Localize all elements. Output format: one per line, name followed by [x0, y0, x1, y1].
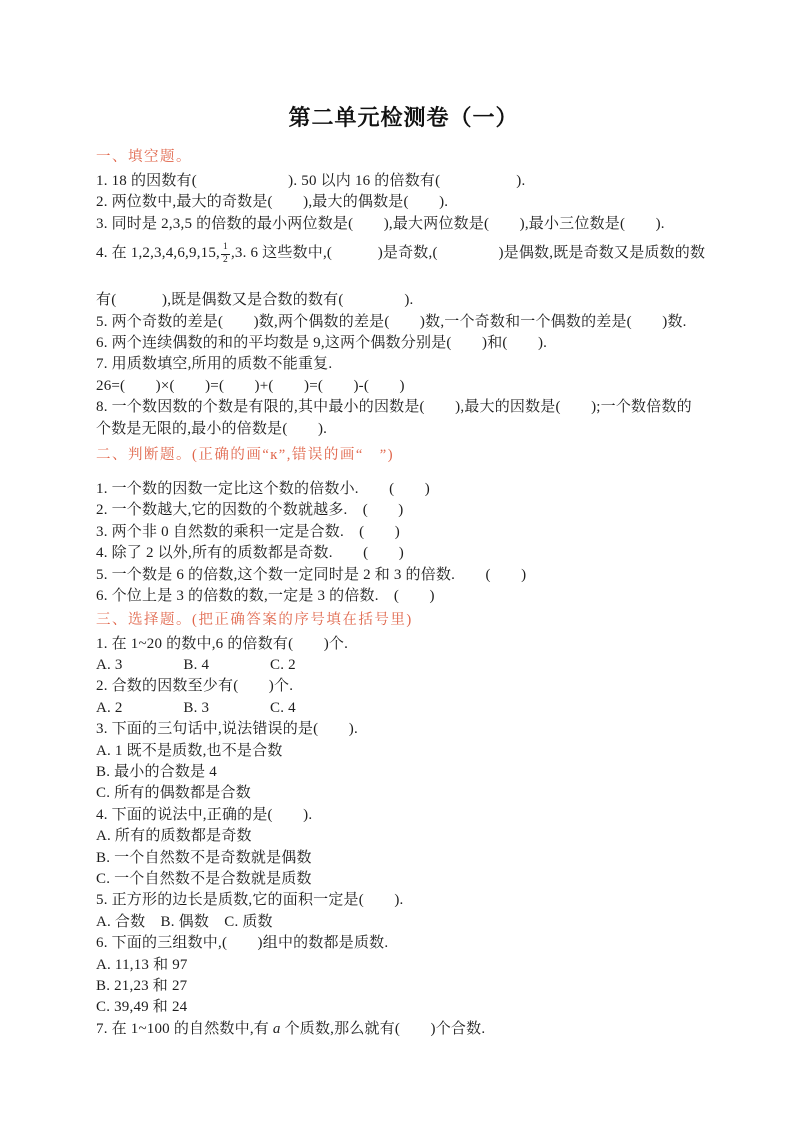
question-line: B. 一个自然数不是奇数就是偶数	[96, 848, 711, 869]
text-segment: 4. 在 1,2,3,4,6,9,15,	[96, 245, 220, 261]
question-line: 2. 合数的因数至少有( )个.	[96, 676, 711, 697]
text-segment: 5. 一个数是 6 的倍数,这个数一定同时是 2 和 3 的倍数. ( )	[96, 567, 526, 583]
text-segment: 6. 下面的三组数中,( )组中的数都是质数.	[96, 935, 388, 951]
text-segment: A. 合数 B. 偶数 C. 质数	[96, 914, 273, 930]
question-line: A. 3 B. 4 C. 2	[96, 655, 711, 676]
question-line: 1. 一个数的因数一定比这个数的倍数小. ( )	[96, 479, 711, 500]
question-line: 5. 正方形的边长是质数,它的面积一定是( ).	[96, 890, 711, 911]
variable-letter: a	[273, 1021, 281, 1037]
text-segment: B. 21,23 和 27	[96, 978, 187, 994]
question-line: 6. 两个连续偶数的和的平均数是 9,这两个偶数分别是( )和( ).	[96, 333, 711, 354]
text-segment: A. 11,13 和 97	[96, 957, 188, 973]
question-line: 2. 两位数中,最大的奇数是( ),最大的偶数是( ).	[96, 192, 711, 213]
text-segment: 1. 一个数的因数一定比这个数的倍数小. ( )	[96, 481, 430, 497]
text-segment: 3. 同时是 2,3,5 的倍数的最小两位数是( ),最大两位数是( ),最小三…	[96, 216, 665, 232]
question-line: 1. 在 1~20 的数中,6 的倍数有( )个.	[96, 634, 711, 655]
text-segment: 26=( )×( )=( )+( )=( )-( )	[96, 378, 405, 394]
question-line: A. 所有的质数都是奇数	[96, 826, 711, 847]
worksheet-page: 第二单元检测卷（一） 一、填空题。1. 18 的因数有( ). 50 以内 16…	[0, 0, 793, 1122]
text-segment: A. 2 B. 3 C. 4	[96, 700, 296, 716]
question-line: 4. 下面的说法中,正确的是( ).	[96, 805, 711, 826]
section-heading-fill-in-the-blanks: 一、填空题。	[96, 147, 711, 168]
sections-container: 一、填空题。1. 18 的因数有( ). 50 以内 16 的倍数有( ).2.…	[96, 147, 711, 1040]
text-segment: 4. 下面的说法中,正确的是( ).	[96, 807, 312, 823]
text-segment: B. 一个自然数不是奇数就是偶数	[96, 850, 312, 866]
section-multiple-choice: 三、选择题。(把正确答案的序号填在括号里)1. 在 1~20 的数中,6 的倍数…	[96, 610, 711, 1041]
question-line: 3. 两个非 0 自然数的乘积一定是合数. ( )	[96, 522, 711, 543]
text-segment: 5. 两个奇数的差是( )数,两个偶数的差是( )数,一个奇数和一个偶数的差是(…	[96, 314, 687, 330]
text-segment: 7. 在 1~100 的自然数中,有	[96, 1021, 273, 1037]
question-line: A. 2 B. 3 C. 4	[96, 698, 711, 719]
question-line: 5. 两个奇数的差是( )数,两个偶数的差是( )数,一个奇数和一个偶数的差是(…	[96, 312, 711, 333]
question-line: 有( ),既是偶数又是合数的数有( ).	[96, 290, 711, 311]
text-segment: 有( ),既是偶数又是合数的数有( ).	[96, 292, 413, 308]
text-segment: 3. 两个非 0 自然数的乘积一定是合数. ( )	[96, 524, 400, 540]
question-line: 3. 下面的三句话中,说法错误的是( ).	[96, 719, 711, 740]
question-line: 1. 18 的因数有( ). 50 以内 16 的倍数有( ).	[96, 171, 711, 192]
text-segment: 2. 合数的因数至少有( )个.	[96, 678, 293, 694]
text-segment: C. 所有的偶数都是合数	[96, 785, 251, 801]
question-line: 7. 在 1~100 的自然数中,有 a 个质数,那么就有( )个合数.	[96, 1019, 711, 1040]
text-segment: C. 一个自然数不是合数就是质数	[96, 871, 312, 887]
text-segment: B. 最小的合数是 4	[96, 764, 217, 780]
text-segment: 3. 下面的三句话中,说法错误的是( ).	[96, 721, 358, 737]
question-line: 4. 除了 2 以外,所有的质数都是奇数. ( )	[96, 543, 711, 564]
question-line: A. 合数 B. 偶数 C. 质数	[96, 912, 711, 933]
question-line: C. 一个自然数不是合数就是质数	[96, 869, 711, 890]
question-line: 6. 个位上是 3 的倍数的数,一定是 3 的倍数. ( )	[96, 586, 711, 607]
section-true-or-false: 二、判断题。(正确的画“к”,错误的画“ ”)1. 一个数的因数一定比这个数的倍…	[96, 445, 711, 607]
question-line: B. 最小的合数是 4	[96, 762, 711, 783]
question-line: 7. 用质数填空,所用的质数不能重复.	[96, 354, 711, 375]
question-line: 4. 在 1,2,3,4,6,9,15,12,3. 6 这些数中,( )是奇数,…	[96, 243, 711, 265]
question-line: 6. 下面的三组数中,( )组中的数都是质数.	[96, 933, 711, 954]
text-segment: 4. 除了 2 以外,所有的质数都是奇数. ( )	[96, 545, 404, 561]
question-line: C. 39,49 和 24	[96, 997, 711, 1018]
stacked-fraction: 12	[221, 243, 230, 265]
text-segment: 1. 在 1~20 的数中,6 的倍数有( )个.	[96, 636, 348, 652]
text-segment: 1. 18 的因数有( ). 50 以内 16 的倍数有( ).	[96, 173, 525, 189]
fraction-numerator: 1	[221, 243, 230, 255]
question-line: C. 所有的偶数都是合数	[96, 783, 711, 804]
section-heading-multiple-choice: 三、选择题。(把正确答案的序号填在括号里)	[96, 610, 711, 631]
text-segment: 5. 正方形的边长是质数,它的面积一定是( ).	[96, 892, 404, 908]
text-segment: 2. 两位数中,最大的奇数是( ),最大的偶数是( ).	[96, 194, 448, 210]
section-fill-in-the-blanks: 一、填空题。1. 18 的因数有( ). 50 以内 16 的倍数有( ).2.…	[96, 147, 711, 440]
text-segment: 6. 两个连续偶数的和的平均数是 9,这两个偶数分别是( )和( ).	[96, 335, 547, 351]
text-segment: A. 1 既不是质数,也不是合数	[96, 743, 283, 759]
question-line: 8. 一个数因数的个数是有限的,其中最小的因数是( ),最大的因数是( );一个…	[96, 397, 711, 418]
text-segment: C. 39,49 和 24	[96, 999, 187, 1015]
question-line: A. 1 既不是质数,也不是合数	[96, 741, 711, 762]
question-line: 26=( )×( )=( )+( )=( )-( )	[96, 376, 711, 397]
question-line: A. 11,13 和 97	[96, 955, 711, 976]
question-line: 个数是无限的,最小的倍数是( ).	[96, 419, 711, 440]
fraction-denominator: 2	[221, 255, 230, 266]
text-segment: A. 所有的质数都是奇数	[96, 828, 252, 844]
question-line: 2. 一个数越大,它的因数的个数就越多. ( )	[96, 500, 711, 521]
question-line: 3. 同时是 2,3,5 的倍数的最小两位数是( ),最大两位数是( ),最小三…	[96, 214, 711, 235]
section-heading-true-or-false: 二、判断题。(正确的画“к”,错误的画“ ”)	[96, 445, 711, 466]
text-segment: 7. 用质数填空,所用的质数不能重复.	[96, 356, 332, 372]
text-segment: 6. 个位上是 3 的倍数的数,一定是 3 的倍数. ( )	[96, 588, 435, 604]
text-segment: 个数是无限的,最小的倍数是( ).	[96, 421, 327, 437]
text-segment: 个质数,那么就有( )个合数.	[281, 1021, 486, 1037]
text-segment: A. 3 B. 4 C. 2	[96, 657, 296, 673]
text-segment: 8. 一个数因数的个数是有限的,其中最小的因数是( ),最大的因数是( );一个…	[96, 399, 692, 415]
text-segment: 2. 一个数越大,它的因数的个数就越多. ( )	[96, 502, 404, 518]
page-title: 第二单元检测卷（一）	[96, 101, 711, 132]
text-segment: ,3. 6 这些数中,( )是奇数,( )是偶数,既是奇数又是质数的数	[231, 245, 705, 261]
question-line: 5. 一个数是 6 的倍数,这个数一定同时是 2 和 3 的倍数. ( )	[96, 565, 711, 586]
question-line: B. 21,23 和 27	[96, 976, 711, 997]
